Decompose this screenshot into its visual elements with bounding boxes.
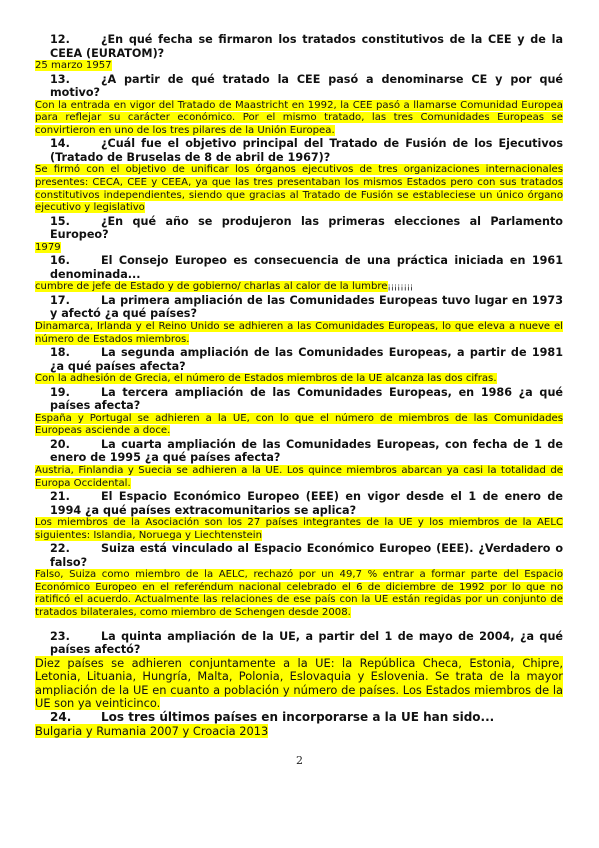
question-21: 21.El Espacio Económico Europeo (EEE) en… [35, 490, 563, 517]
question-18: 18.La segunda ampliación de las Comunida… [35, 346, 563, 373]
question-23: 23.La quinta ampliación de la UE, a part… [35, 630, 563, 657]
answer-21: Los miembros de la Asociación son los 27… [35, 517, 563, 541]
answer-12: 25 marzo 1957 [35, 60, 112, 71]
question-24: 24.Los tres últimos países en incorporar… [35, 711, 563, 725]
answer-16-suffix: ¡¡¡¡¡¡¡¡ [388, 282, 414, 291]
answer-13: Con la entrada en vigor del Tratado de M… [35, 100, 563, 136]
answer-16: cumbre de jefe de Estado y de gobierno/ … [35, 281, 388, 292]
answer-18: Con la adhesión de Grecia, el número de … [35, 373, 497, 384]
page-number: 2 [0, 754, 599, 767]
question-12: 12.¿En qué fecha se firmaron los tratado… [35, 33, 563, 60]
spacer [35, 620, 563, 630]
question-15: 15.¿En qué año se produjeron las primera… [35, 215, 563, 242]
answer-14: Se firmó con el objetivo de unificar los… [35, 164, 563, 213]
question-17: 17.La primera ampliación de las Comunida… [35, 294, 563, 321]
document-page: 12.¿En qué fecha se firmaron los tratado… [35, 33, 563, 738]
question-20: 20.La cuarta ampliación de las Comunidad… [35, 438, 563, 465]
answer-24: Bulgaria y Rumania 2007 y Croacia 2013 [35, 724, 268, 738]
question-19: 19.La tercera ampliación de las Comunida… [35, 386, 563, 413]
answer-20: Austria, Finlandia y Suecia se adhieren … [35, 465, 563, 489]
answer-19: España y Portugal se adhieren a la UE, c… [35, 413, 563, 437]
answer-22: Falso, Suiza como miembro de la AELC, re… [35, 569, 563, 618]
answer-17: Dinamarca, Irlanda y el Reino Unido se a… [35, 321, 563, 345]
question-22: 22.Suiza está vinculado al Espacio Econó… [35, 542, 563, 569]
answer-15: 1979 [35, 242, 61, 253]
question-13: 13.¿A partir de qué tratado la CEE pasó … [35, 73, 563, 100]
answer-23: Diez países se adhieren conjuntamente a … [35, 656, 563, 711]
question-14: 14.¿Cuál fue el objetivo principal del T… [35, 137, 563, 164]
question-16: 16.El Consejo Europeo es consecuencia de… [35, 254, 563, 281]
